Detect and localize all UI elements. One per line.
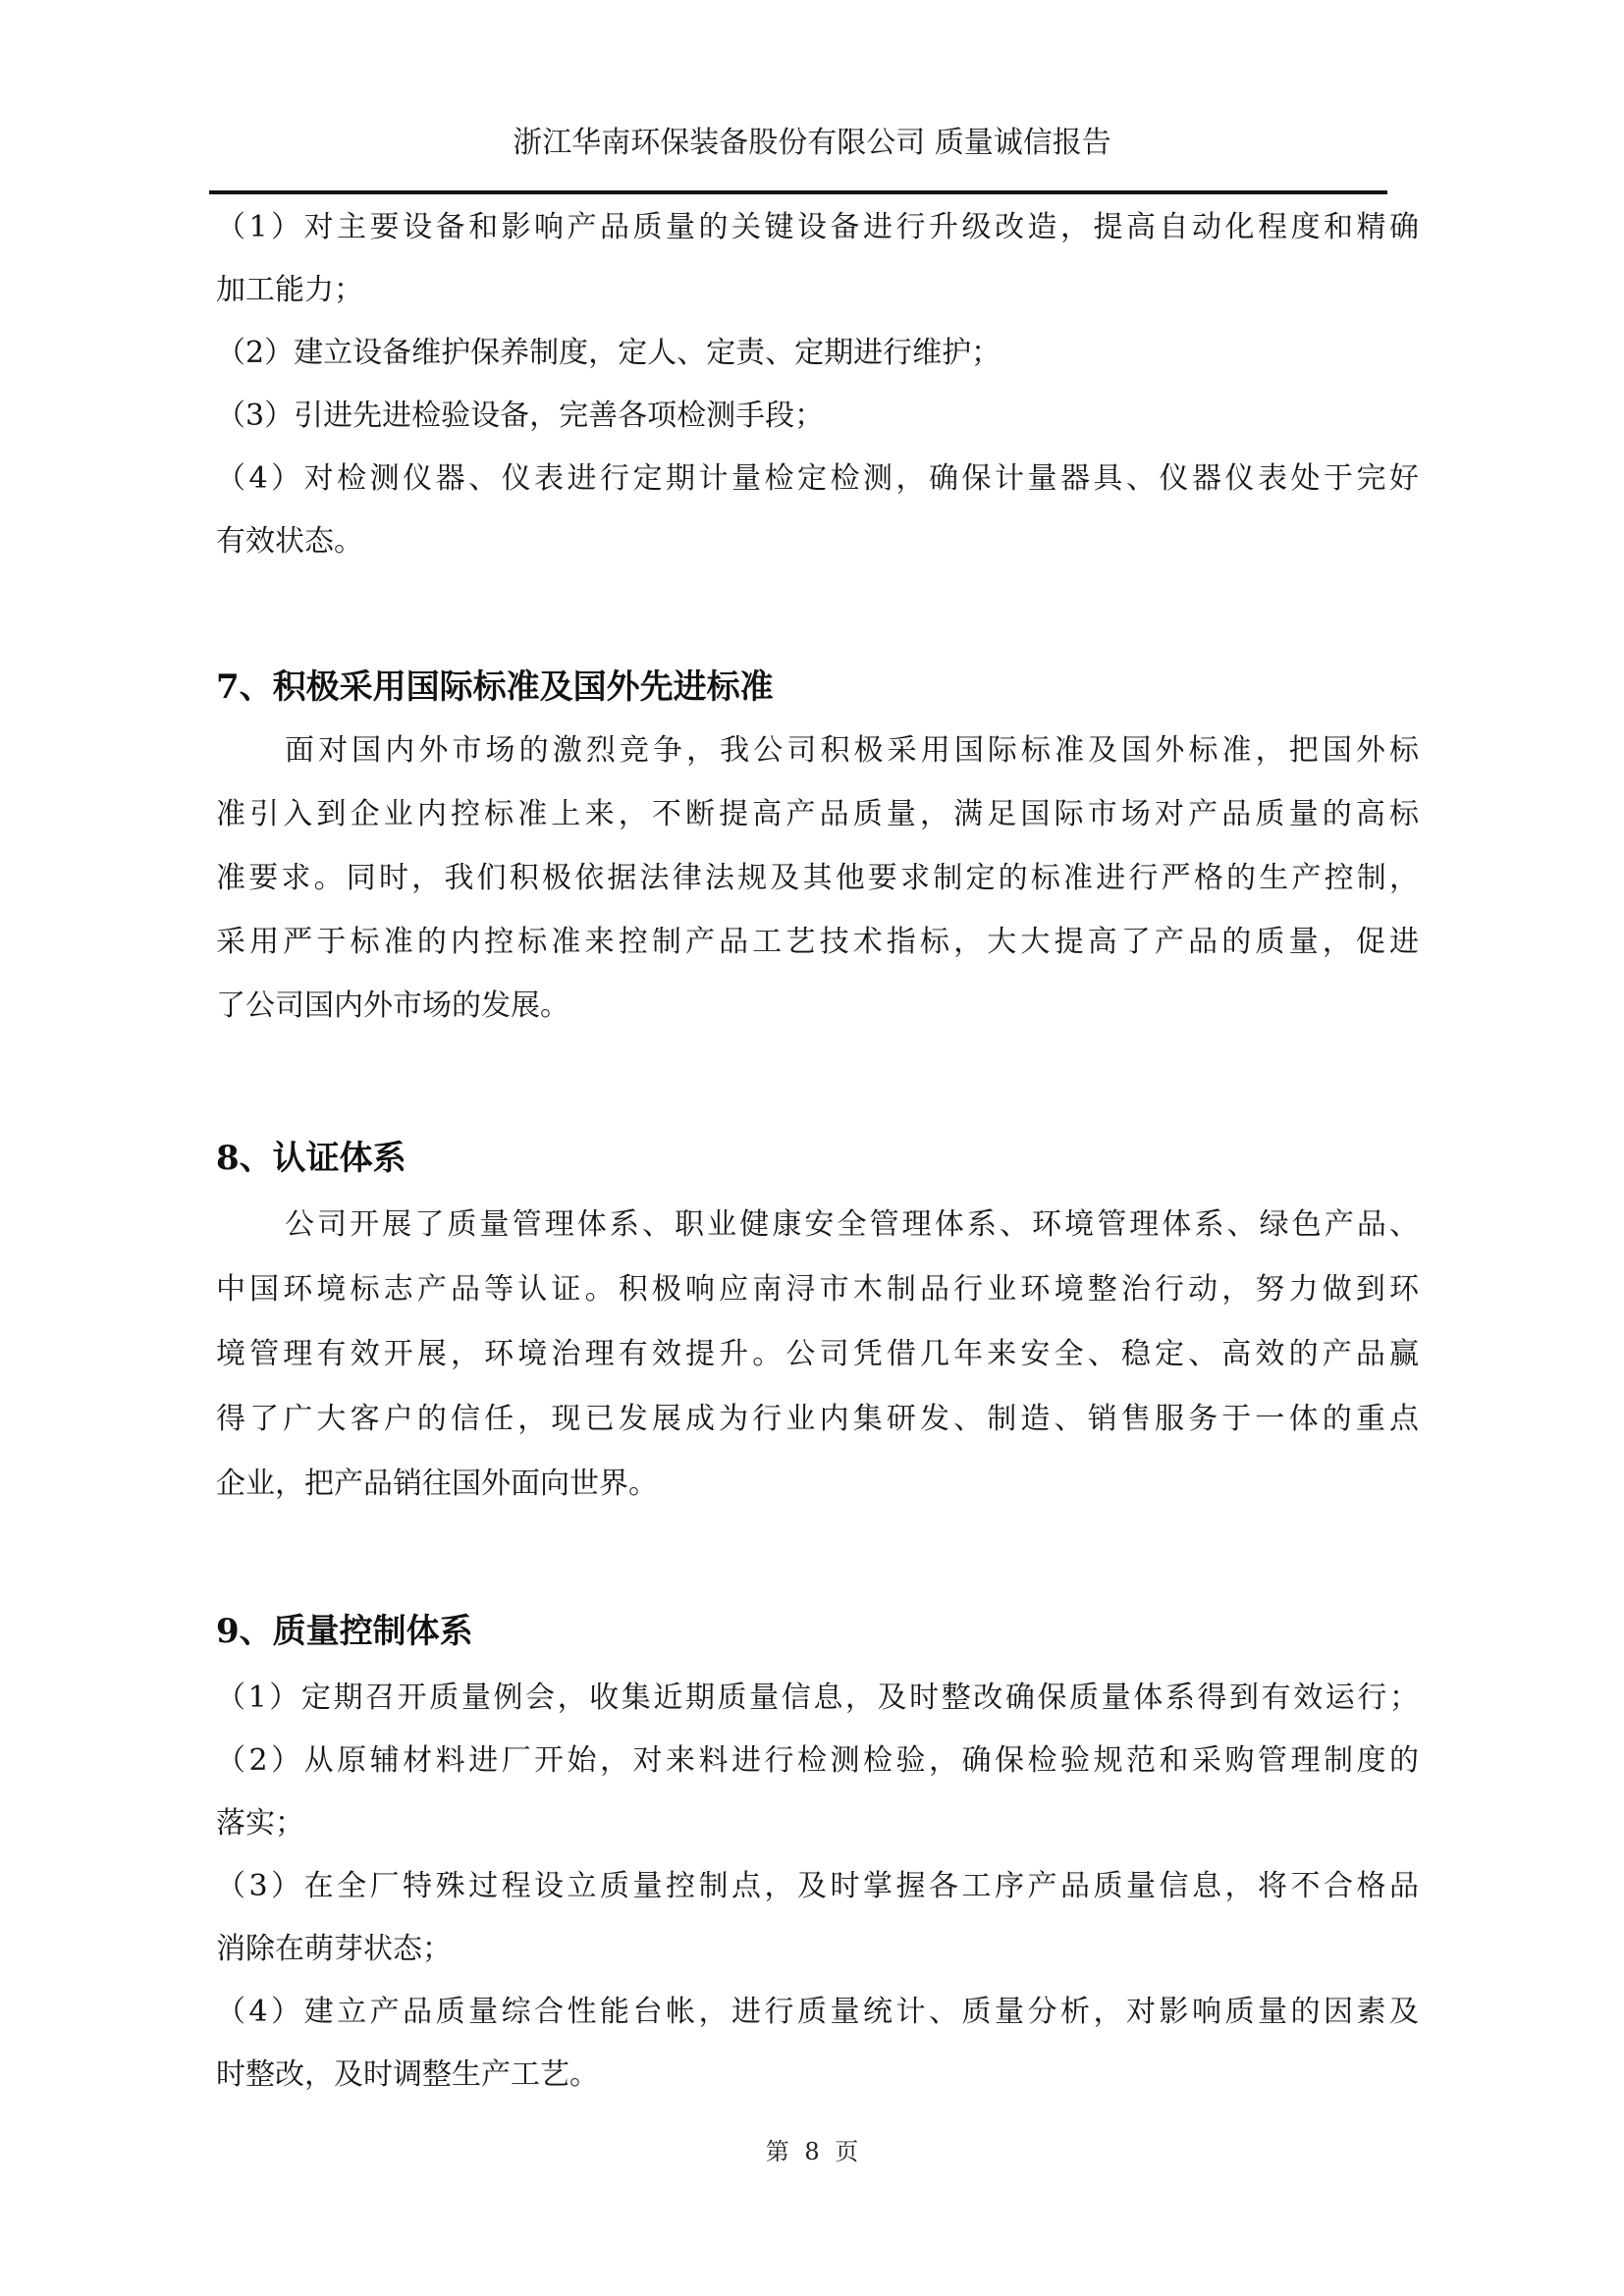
section-8-line-1: 公司开展了质量管理体系、职业健康安全管理体系、环境管理体系、绿色产品、 (285, 1205, 1419, 1245)
page-number: 第 8 页 (0, 2132, 1624, 2166)
section-6-item-4-line-1: （4）对检测仪器、仪表进行定期计量检定检测，确保计量器具、仪器仪表处于完好 (216, 459, 1419, 499)
section-7-line-5: 了公司国内外市场的发展。 (216, 987, 1419, 1026)
section-7-line-3: 准要求。同时，我们积极依据法律法规及其他要求制定的标准进行严格的生产控制， (216, 859, 1419, 898)
section-6-item-2: （2）建立设备维护保养制度，定人、定责、定期进行维护； (216, 334, 1419, 373)
section-6-item-1-line-1: （1）对主要设备和影响产品质量的关键设备进行升级改造，提高自动化程度和精确 (216, 208, 1419, 247)
section-6-item-1-line-2: 加工能力； (216, 271, 1419, 310)
section-9-item-4-line-2: 时整改，及时调整生产工艺。 (216, 2056, 1419, 2095)
page-header-title: 浙江华南环保装备股份有限公司 质量诚信报告 (0, 118, 1624, 161)
section-9-heading: 9、质量控制体系 (216, 1610, 473, 1653)
section-8-line-5: 企业，把产品销往国外面向世界。 (216, 1465, 1419, 1504)
section-9-item-2-line-2: 落实； (216, 1804, 1419, 1843)
section-8-line-3: 境管理有效开展，环境治理有效提升。公司凭借几年来安全、稳定、高效的产品赢 (216, 1335, 1419, 1374)
section-9-item-3-line-2: 消除在萌芽状态； (216, 1930, 1419, 1969)
section-8-line-4: 得了广大客户的信任，现已发展成为行业内集研发、制造、销售服务于一体的重点 (216, 1400, 1419, 1439)
section-8-line-2: 中国环境标志产品等认证。积极响应南浔市木制品行业环境整治行动，努力做到环 (216, 1270, 1419, 1309)
section-9-item-1: （1）定期召开质量例会，收集近期质量信息，及时整改确保质量体系得到有效运行； (216, 1679, 1419, 1718)
section-8-heading: 8、认证体系 (216, 1137, 406, 1180)
section-9-item-2-line-1: （2）从原辅材料进厂开始，对来料进行检测检验，确保检验规范和采购管理制度的 (216, 1741, 1419, 1781)
section-7-line-1: 面对国内外市场的激烈竞争，我公司积极采用国际标准及国外标准，把国外标 (285, 731, 1419, 771)
section-6-item-4-line-2: 有效状态。 (216, 522, 1419, 561)
section-7-line-2: 准引入到企业内控标准上来，不断提高产品质量，满足国际市场对产品质量的高标 (216, 795, 1419, 834)
section-6-item-3: （3）引进先进检验设备，完善各项检测手段； (216, 397, 1419, 436)
section-7-line-4: 采用严于标准的内控标准来控制产品工艺技术指标，大大提高了产品的质量，促进 (216, 923, 1419, 962)
section-7-heading: 7、积极采用国际标准及国外先进标准 (216, 666, 774, 709)
header-divider (209, 190, 1387, 194)
section-9-item-3-line-1: （3）在全厂特殊过程设立质量控制点，及时掌握各工序产品质量信息，将不合格品 (216, 1867, 1419, 1906)
section-9-item-4-line-1: （4）建立产品质量综合性能台帐，进行质量统计、质量分析，对影响质量的因素及 (216, 1993, 1419, 2032)
